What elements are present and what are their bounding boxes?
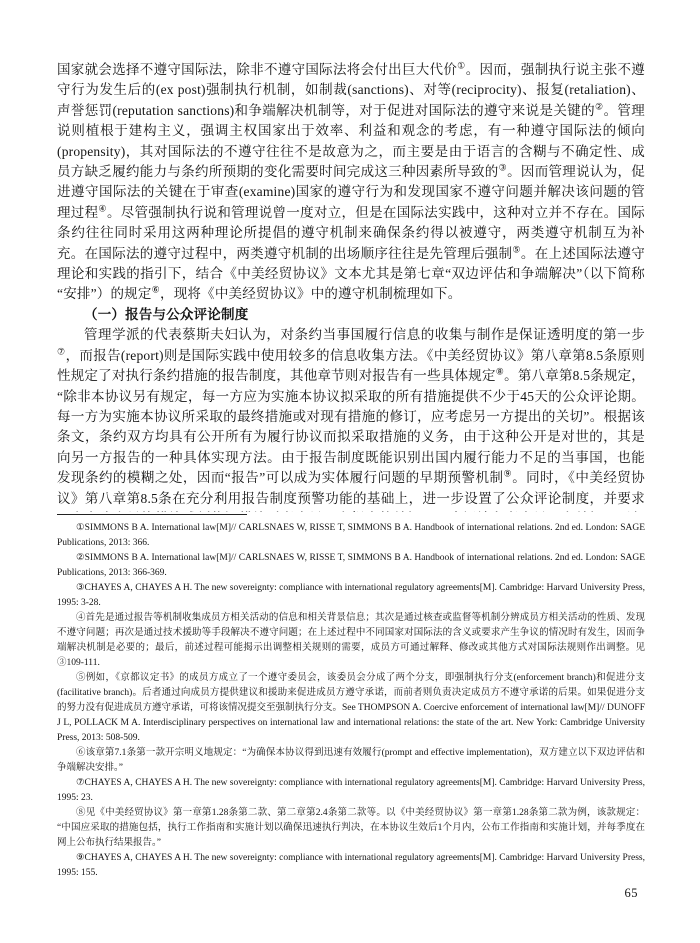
footnote-text: SIMMONS B A. International law[M]// CARL…	[57, 523, 645, 548]
footnote-item: ⑤例如，《京都议定书》的成员方成立了一个遵守委员会，该委员会分成了两个分支，即强…	[57, 671, 645, 746]
footnote-separator	[57, 514, 247, 515]
footnote-text: 例如，《京都议定书》的成员方成立了一个遵守委员会，该委员会分成了两个分支，即强制…	[57, 673, 645, 743]
footnote-text: CHAYES A, CHAYES A H. The new sovereignt…	[57, 583, 645, 608]
footnote-text: CHAYES A, CHAYES A H. The new sovereignt…	[57, 778, 645, 803]
footnote-item: ③CHAYES A, CHAYES A H. The new sovereign…	[57, 581, 645, 611]
footnote-item: ②SIMMONS B A. International law[M]// CAR…	[57, 551, 645, 581]
footnote-marker: ⑤	[76, 673, 86, 683]
footnote-item: ①SIMMONS B A. International law[M]// CAR…	[57, 521, 645, 551]
body-text: 国家就会选择不遵守国际法，除非不遵守国际法将会付出巨大代价①。因而，强制执行说主…	[57, 60, 645, 512]
footnote-text: 该章第7.1条第一款开宗明义地规定：“为确保本协议得到迅速有效履行(prompt…	[57, 748, 645, 773]
footnote-marker: ⑥	[76, 748, 86, 758]
footnote-text: SIMMONS B A. International law[M]// CARL…	[57, 553, 645, 578]
paragraph-continuation: 国家就会选择不遵守国际法，除非不遵守国际法将会付出巨大代价①。因而，强制执行说主…	[57, 60, 645, 305]
footnote-text: 首先是通过报告等机制收集成员方相关活动的信息和相关背景信息；其次是通过核查或监督…	[57, 613, 645, 668]
page-number: 65	[625, 886, 639, 901]
footnote-marker: ①	[76, 523, 85, 533]
footnote-marker: ②	[76, 553, 85, 563]
footnote-item: ⑨CHAYES A, CHAYES A H. The new sovereign…	[57, 851, 645, 879]
document-page: 国家就会选择不遵守国际法，除非不遵守国际法将会付出巨大代价①。因而，强制执行说主…	[0, 0, 700, 943]
footnote-marker: ④	[76, 613, 86, 623]
footnote-marker: ⑦	[76, 778, 85, 788]
paragraph-report-system: 管理学派的代表蔡斯夫妇认为，对条约当事国履行信息的收集与制作是保证透明度的第一步…	[57, 325, 645, 512]
footnote-text: 见《中美经贸协议》第一章第1.28条第二款、第二章第2.4条第二款等。以《中美经…	[57, 808, 645, 848]
footnote-item: ⑧见《中美经贸协议》第一章第1.28条第二款、第二章第2.4条第二款等。以《中美…	[57, 806, 645, 851]
footnote-item: ⑥该章第7.1条第一款开宗明义地规定：“为确保本协议得到迅速有效履行(promp…	[57, 746, 645, 776]
footnote-text: CHAYES A, CHAYES A H. The new sovereignt…	[57, 853, 645, 878]
footnote-item: ④首先是通过报告等机制收集成员方相关活动的信息和相关背景信息；其次是通过核查或监…	[57, 611, 645, 671]
footnote-marker: ⑨	[76, 853, 85, 863]
footnotes-section: ①SIMMONS B A. International law[M]// CAR…	[57, 521, 645, 879]
footnote-marker: ③	[76, 583, 85, 593]
footnote-item: ⑦CHAYES A, CHAYES A H. The new sovereign…	[57, 776, 645, 806]
section-heading: （一）报告与公众评论制度	[57, 305, 645, 325]
footnote-marker: ⑧	[76, 808, 86, 818]
